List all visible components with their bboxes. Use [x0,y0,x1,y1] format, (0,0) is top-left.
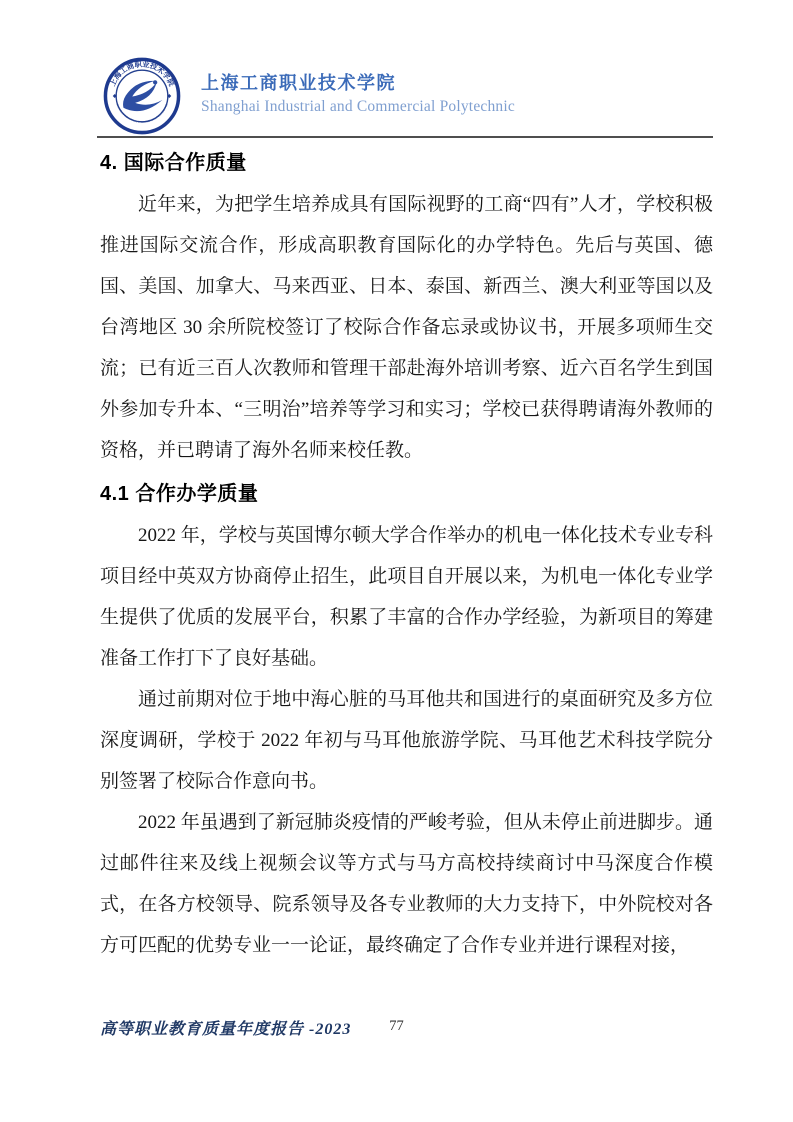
school-seal-logo: 上海工商职业技术学院 SHANGHAI INDUSTRIAL & COMMERC… [103,57,181,135]
section-heading-4: 4. 国际合作质量 [100,150,713,176]
page-header: 上海工商职业技术学院 SHANGHAI INDUSTRIAL & COMMERC… [103,57,515,135]
paragraph-international-overview: 近年来，为把学生培养成具有国际视野的工商“四有”人才，学校积极推进国际交流合作，… [100,184,713,471]
section-heading-4-1: 4.1 合作办学质量 [100,481,713,507]
paragraph-pandemic-cooperation: 2022 年虽遇到了新冠肺炎疫情的严峻考验，但从未停止前进脚步。通过邮件往来及线… [100,802,713,966]
school-name-block: 上海工商职业技术学院 Shanghai Industrial and Comme… [201,57,515,117]
document-page: 上海工商职业技术学院 SHANGHAI INDUSTRIAL & COMMERC… [0,0,793,1122]
header-divider [97,136,713,138]
school-name-en: Shanghai Industrial and Commercial Polyt… [201,97,515,117]
paragraph-bolton-project: 2022 年，学校与英国博尔顿大学合作举办的机电一体化技术专业专科项目经中英双方… [100,515,713,679]
document-body: 4. 国际合作质量 近年来，为把学生培养成具有国际视野的工商“四有”人才，学校积… [100,150,713,966]
paragraph-malta-research: 通过前期对位于地中海心脏的马耳他共和国进行的桌面研究及多方位深度调研，学校于 2… [100,679,713,802]
school-name-zh: 上海工商职业技术学院 [201,72,515,94]
footer-page-number: 77 [0,1018,793,1035]
